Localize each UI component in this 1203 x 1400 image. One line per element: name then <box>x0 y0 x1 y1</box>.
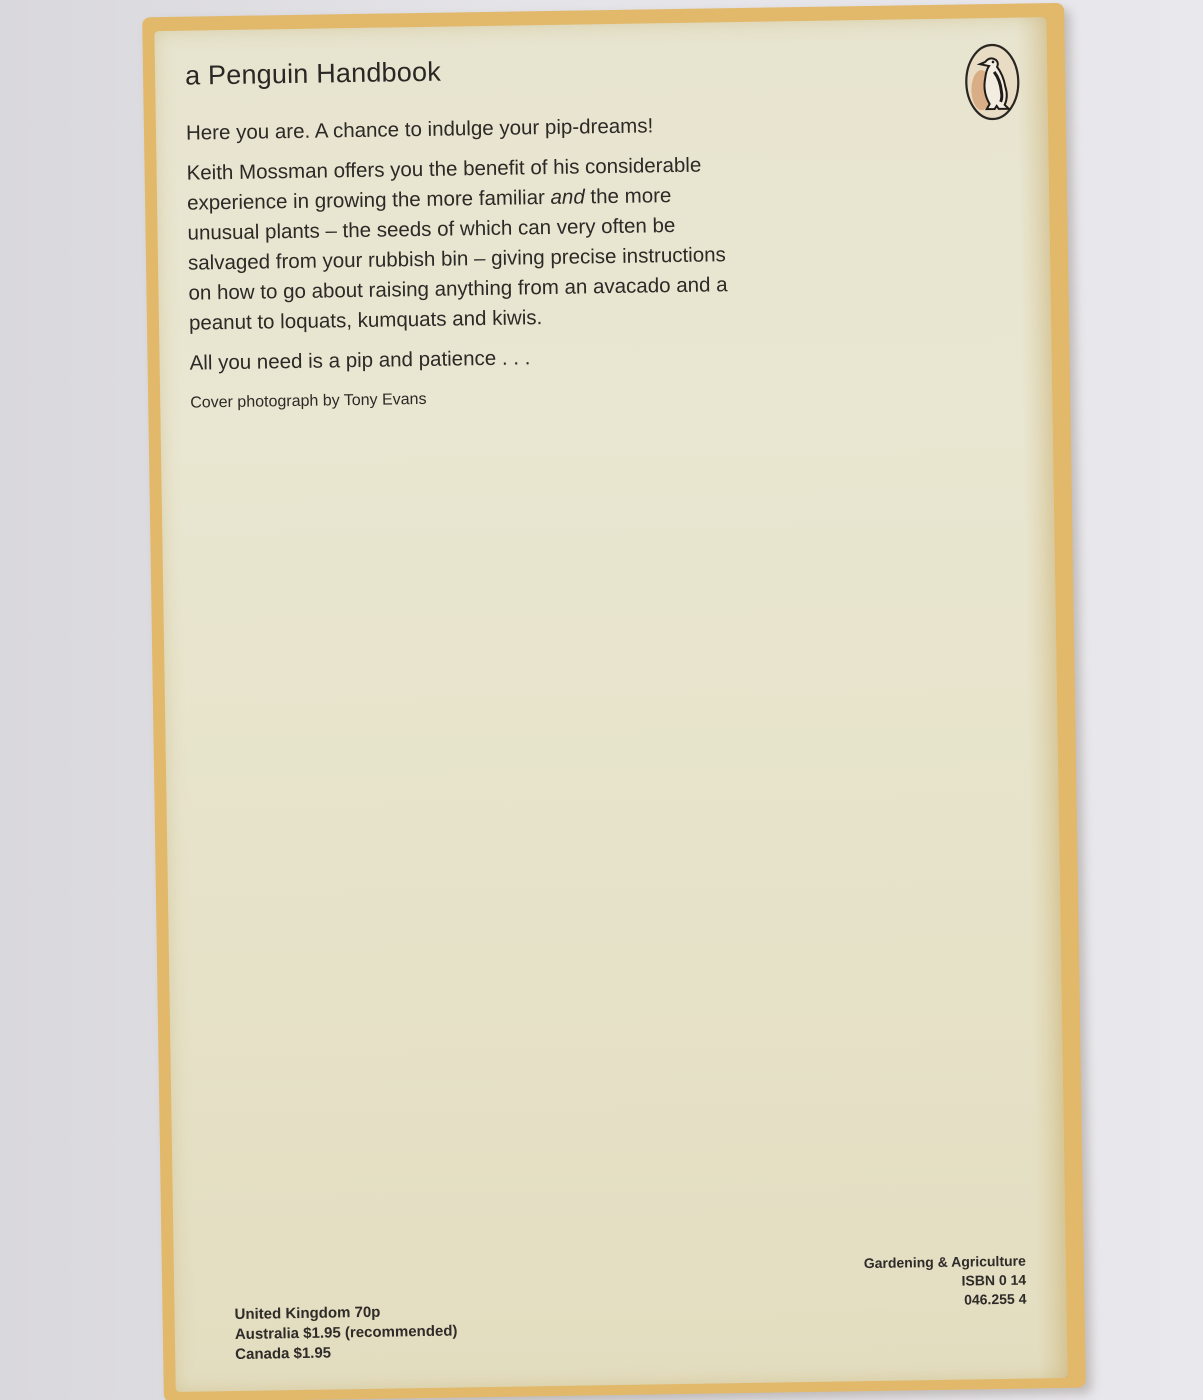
blurb-body: Keith Mossman offers you the benefit of … <box>186 150 749 339</box>
photo-credit: Cover photograph by Tony Evans <box>190 380 750 419</box>
book: a Penguin Handbook Here you are. A chanc… <box>142 3 1086 1400</box>
category: Gardening & Agriculture <box>864 1252 1026 1274</box>
blurb-body-italic: and <box>550 185 585 209</box>
blurb-intro: Here you are. A chance to indulge your p… <box>186 110 746 149</box>
back-cover: a Penguin Handbook Here you are. A chanc… <box>154 17 1067 1392</box>
blurb-closing: All you need is a pip and patience . . . <box>189 340 749 379</box>
isbn-line-2: 046.255 4 <box>864 1290 1026 1312</box>
price-canada: Canada $1.95 <box>235 1342 458 1365</box>
isbn-line-1: ISBN 0 14 <box>864 1271 1026 1293</box>
penguin-logo-icon <box>963 42 1022 123</box>
price-australia: Australia $1.95 (recommended) <box>235 1322 458 1345</box>
series-title: a Penguin Handbook <box>185 57 441 92</box>
prices: United Kingdom 70p Australia $1.95 (reco… <box>234 1302 458 1365</box>
classification: Gardening & Agriculture ISBN 0 14 046.25… <box>864 1252 1027 1312</box>
blurb: Here you are. A chance to indulge your p… <box>186 110 751 419</box>
